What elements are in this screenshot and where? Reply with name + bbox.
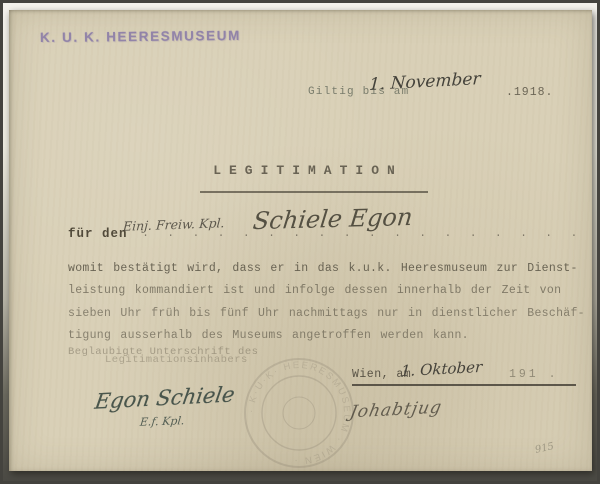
legitimation-title: LEGITIMATION [179, 163, 429, 178]
title-underline [200, 191, 428, 193]
corner-note-pencil: 915 [534, 441, 555, 456]
museum-seal-stamp: · K·U·K· HEERESMUSEUM · WIEN · [239, 353, 359, 473]
issue-year: 191 . [509, 368, 559, 381]
holder-signature-rank: E.f. Kpl. [139, 414, 185, 429]
issue-date-underline [352, 384, 576, 386]
issue-date-handwritten: 1. Oktober [401, 358, 483, 380]
heeresmuseum-ink-stamp: K. U. K. HEERESMUSEUM [40, 28, 241, 45]
valid-until-year: .1918. [506, 86, 553, 99]
holder-signature: Egon Schiele [93, 382, 236, 414]
body-line: sieben Uhr früh bis fünf Uhr nachmittags… [68, 303, 568, 325]
document-paper: K. U. K. HEERESMUSEUM Giltig bis am 1. N… [9, 10, 592, 471]
body-line: tigung ausserhalb des Museums angetroffe… [68, 325, 568, 347]
valid-until-date-handwritten: 1. November [369, 69, 481, 95]
body-paragraph: womit bestätigt wird, dass er in das k.u… [68, 258, 568, 348]
counter-signature: Johabtjug [348, 397, 444, 422]
certified-signature-label-line2: Legitimationsinhabers [105, 354, 248, 366]
body-line: leistung kommandiert ist und infolge des… [68, 280, 568, 302]
recipient-name-handwritten: Schiele Egon [251, 203, 414, 235]
body-line: womit bestätigt wird, dass er in das k.u… [68, 258, 568, 280]
scan-frame: K. U. K. HEERESMUSEUM Giltig bis am 1. N… [0, 0, 600, 484]
